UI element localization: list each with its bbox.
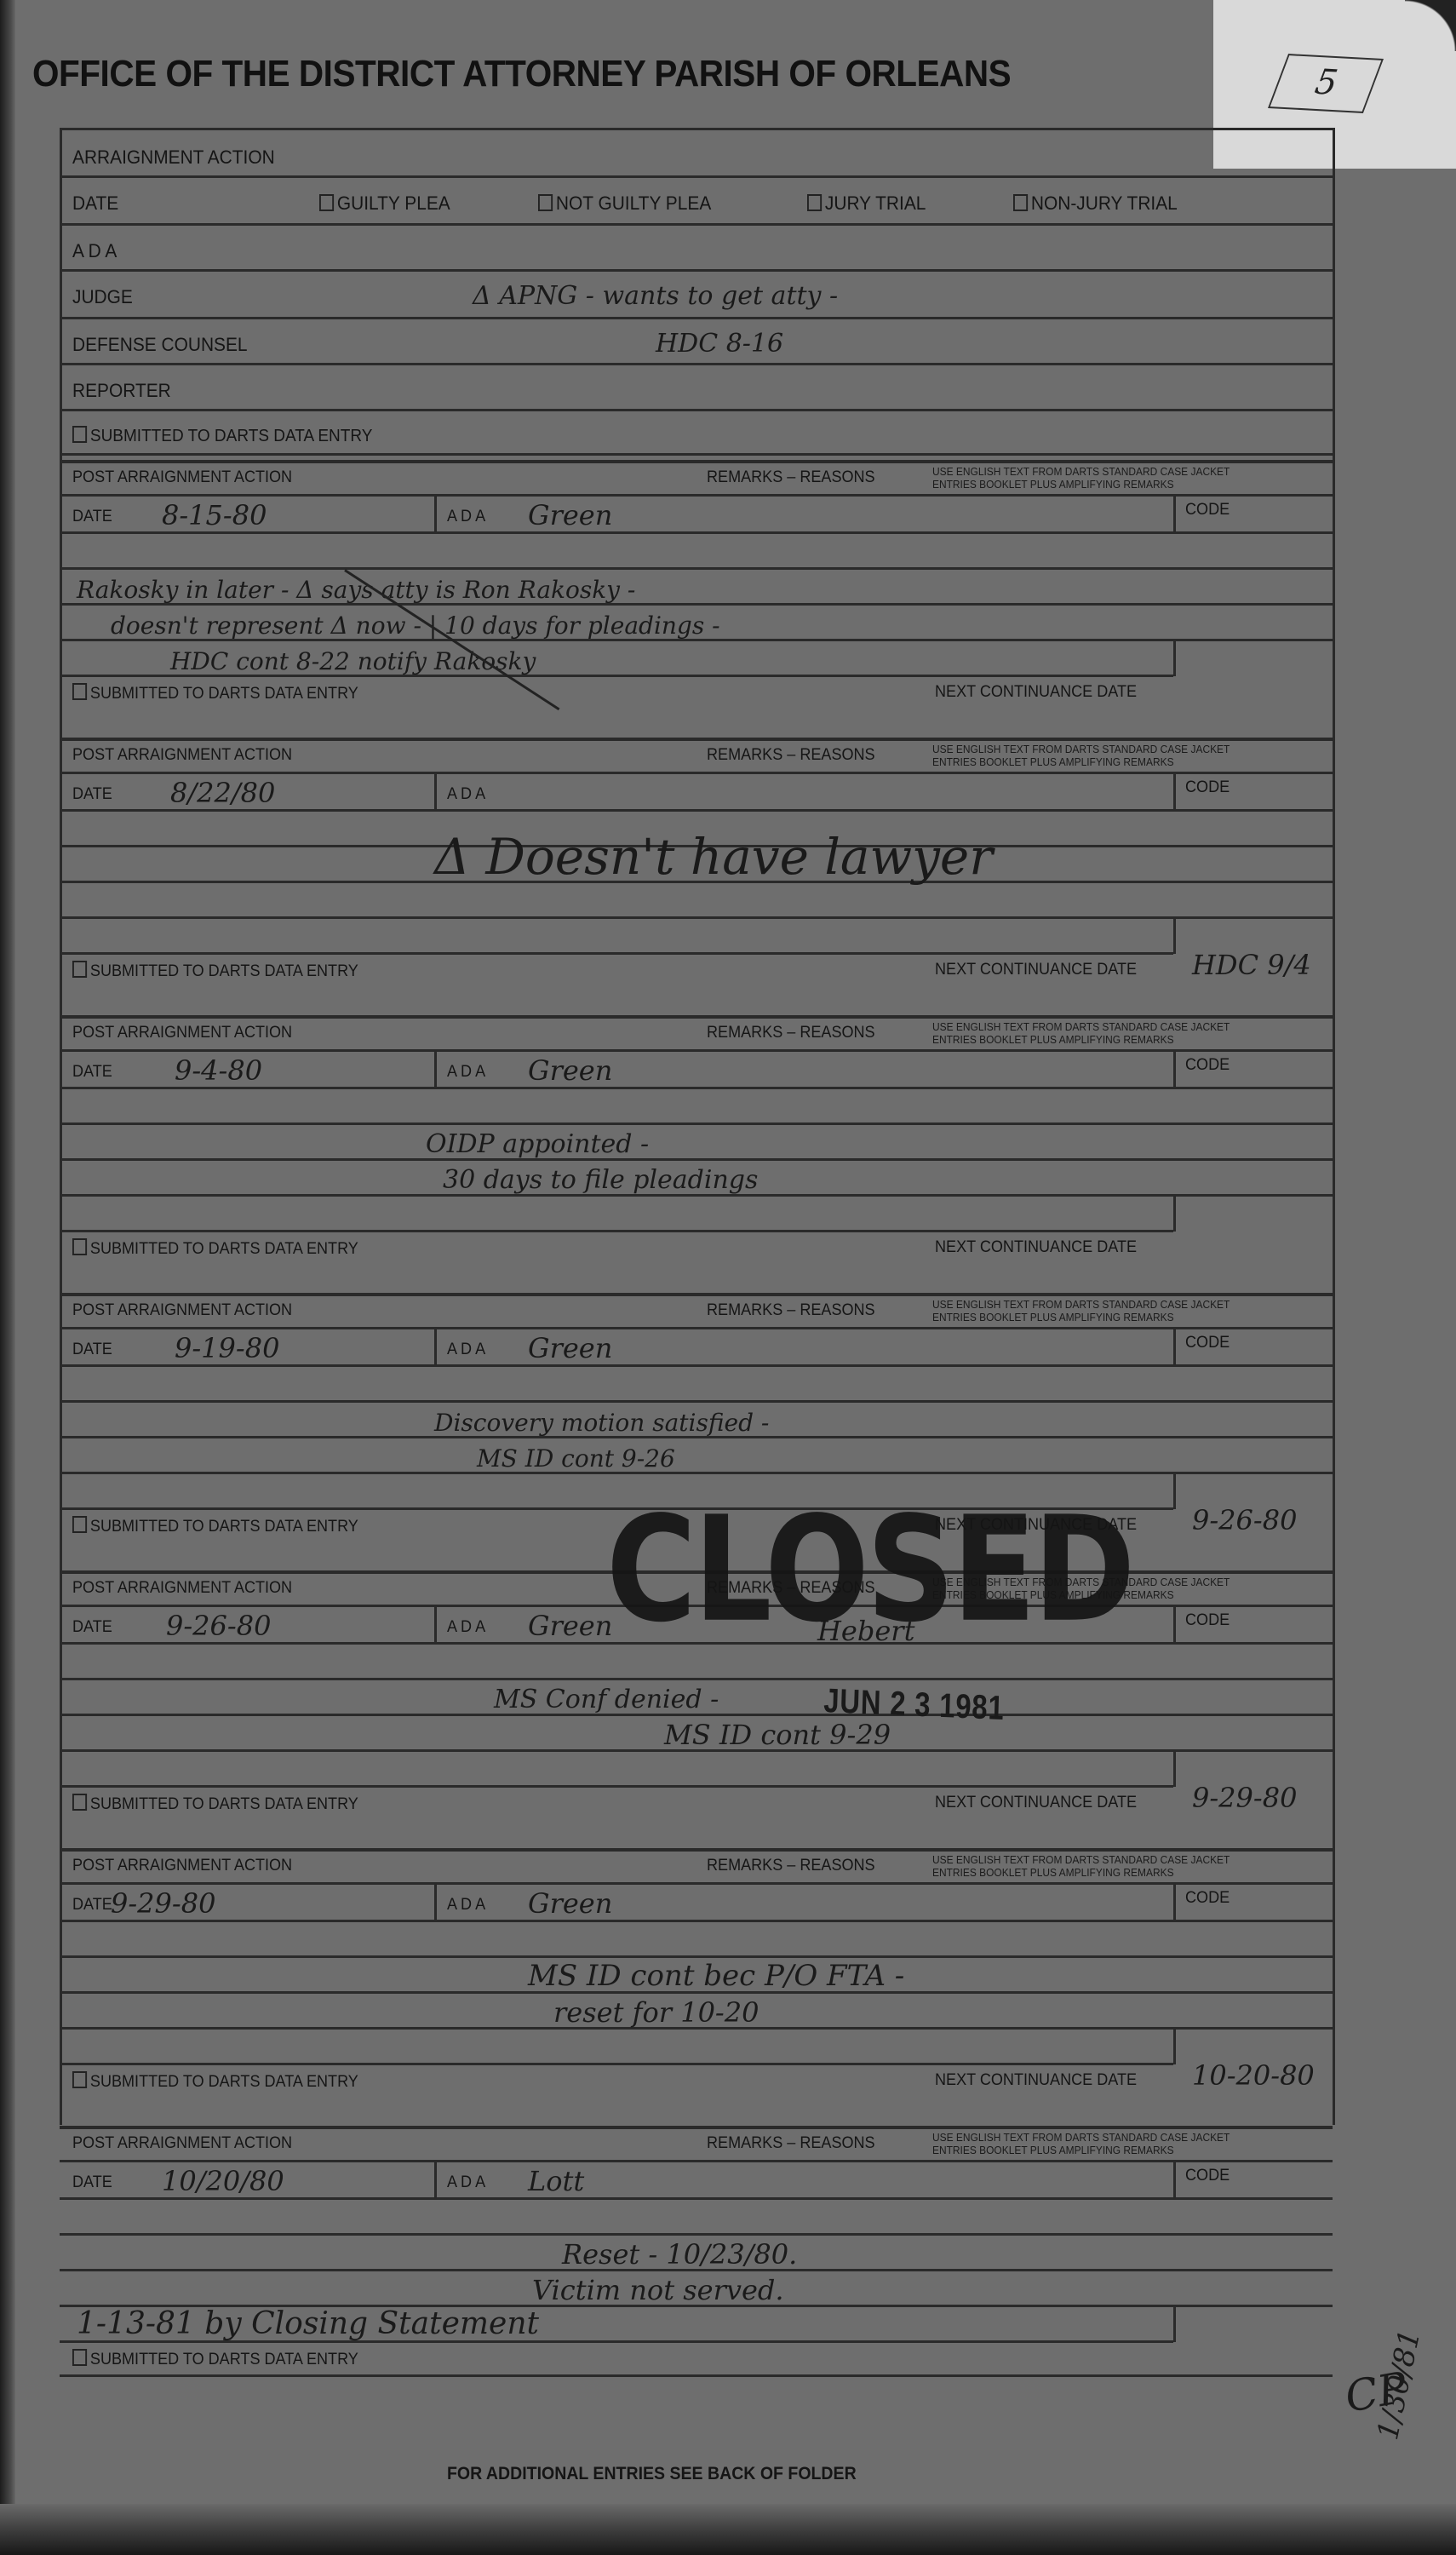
reporter-label: REPORTER [72, 380, 171, 402]
next-continuance-label: NEXT CONTINUANCE DATE [935, 1794, 1137, 1812]
remarks-line: Victim not served. [532, 2274, 784, 2306]
next-continuance-value: 9-26-80 [1192, 1504, 1297, 1536]
remarks-line: Discovery motion satisfied - [434, 1409, 769, 1437]
arraignment-date-label: DATE [72, 192, 118, 215]
post-arraignment-action-label: POST ARRAIGNMENT ACTION [72, 468, 292, 487]
checkbox-icon [72, 1516, 87, 1533]
remarks-reasons-label: REMARKS – REASONS [707, 468, 875, 487]
post-arraignment-action-label: POST ARRAIGNMENT ACTION [72, 2134, 292, 2153]
entry-date-value: 9-4-80 [175, 1054, 262, 1087]
next-continuance-value: HDC 9/4 [1192, 949, 1311, 981]
remarks-line: reset for 10-20 [553, 1996, 759, 2029]
next-continuance-value: 9-29-80 [1192, 1782, 1297, 1814]
remarks-line: MS Conf denied - [494, 1685, 719, 1714]
submitted-checkbox[interactable]: SUBMITTED TO DARTS DATA ENTRY [72, 1238, 358, 1259]
code-label: CODE [1185, 501, 1230, 520]
remarks-reasons-label: REMARKS – REASONS [707, 1301, 875, 1320]
non-jury-trial-checkbox[interactable]: NON-JURY TRIAL [1013, 192, 1178, 215]
code-label: CODE [1185, 2167, 1230, 2185]
entry-ada-label: A D A [447, 1896, 485, 1915]
post-arraignment-action-label: POST ARRAIGNMENT ACTION [72, 1024, 292, 1042]
defense-counsel-label: DEFENSE COUNSEL [72, 334, 248, 356]
post-arraignment-action-label: POST ARRAIGNMENT ACTION [72, 1857, 292, 1875]
entry-ada-value: Green [528, 1887, 612, 1920]
post-arraignment-action-label: POST ARRAIGNMENT ACTION [72, 746, 292, 765]
entry-date-label: DATE [72, 2173, 112, 2192]
checkbox-icon [72, 426, 87, 443]
checkbox-icon [807, 194, 822, 211]
submitted-checkbox[interactable]: SUBMITTED TO DARTS DATA ENTRY [72, 1794, 358, 1814]
next-continuance-label: NEXT CONTINUANCE DATE [935, 2071, 1137, 2090]
checkbox-icon [538, 194, 553, 211]
entry-date-value: 8/22/80 [170, 777, 275, 809]
checkbox-icon [72, 2349, 87, 2366]
next-continuance-label: NEXT CONTINUANCE DATE [935, 961, 1137, 979]
instructions-text: USE ENGLISH TEXT FROM DARTS STANDARD CAS… [932, 1298, 1230, 1323]
instructions-text: USE ENGLISH TEXT FROM DARTS STANDARD CAS… [932, 465, 1230, 491]
checkbox-icon [1013, 194, 1028, 211]
checkbox-icon [72, 961, 87, 978]
remarks-line: OIDP appointed - [426, 1129, 649, 1159]
next-continuance-label: NEXT CONTINUANCE DATE [935, 1238, 1137, 1257]
judge-label: JUDGE [72, 286, 133, 308]
not-guilty-plea-checkbox[interactable]: NOT GUILTY PLEA [538, 192, 711, 215]
entry-date-label: DATE [72, 785, 112, 804]
remarks-line: HDC cont 8-22 notify Rakosky [170, 647, 536, 675]
entry-ada-value: Green [528, 1332, 612, 1364]
scan-bottom-edge [0, 2504, 1456, 2555]
remarks-line: MS ID cont bec P/O FTA - [528, 1959, 904, 1993]
footer-note: FOR ADDITIONAL ENTRIES SEE BACK OF FOLDE… [447, 2464, 857, 2484]
remarks-reasons-label: REMARKS – REASONS [707, 1857, 875, 1875]
entry-ada-value: Lott [528, 2165, 584, 2197]
entry-ada-label: A D A [447, 1618, 485, 1637]
submitted-checkbox[interactable]: SUBMITTED TO DARTS DATA ENTRY [72, 2349, 358, 2369]
entry-date-label: DATE [72, 1896, 112, 1915]
instructions-text: USE ENGLISH TEXT FROM DARTS STANDARD CAS… [932, 1853, 1230, 1879]
next-continuance-label: NEXT CONTINUANCE DATE [935, 683, 1137, 702]
closed-stamp: CLOSED [606, 1504, 1132, 1636]
remarks-line: Reset - 10/23/80. [562, 2238, 797, 2271]
entry-ada-label: A D A [447, 785, 485, 804]
arraignment-ada-label: A D A [72, 240, 117, 262]
checkbox-icon [72, 2071, 87, 2088]
instructions-text: USE ENGLISH TEXT FROM DARTS STANDARD CAS… [932, 1020, 1230, 1046]
remarks-line: Rakosky in later - Δ says atty is Ron Ra… [77, 576, 635, 604]
entry-date-label: DATE [72, 1618, 112, 1637]
scan-edge [0, 0, 15, 2555]
entry-date-value: 9-26-80 [166, 1610, 271, 1642]
post-arraignment-action-label: POST ARRAIGNMENT ACTION [72, 1301, 292, 1320]
page-title: OFFICE OF THE DISTRICT ATTORNEY PARISH O… [32, 53, 1161, 95]
jury-trial-checkbox[interactable]: JURY TRIAL [807, 192, 926, 215]
entry-ada-label: A D A [447, 2173, 485, 2192]
remarks-line: 30 days to file pleadings [443, 1165, 758, 1195]
code-label: CODE [1185, 778, 1230, 797]
entry-ada-value: Green [528, 1054, 612, 1087]
entry-date-label: DATE [72, 1063, 112, 1082]
submitted-checkbox[interactable]: SUBMITTED TO DARTS DATA ENTRY [72, 1516, 358, 1536]
submitted-checkbox[interactable]: SUBMITTED TO DARTS DATA ENTRY [72, 2071, 358, 2092]
checkbox-icon [72, 1794, 87, 1811]
instructions-text: USE ENGLISH TEXT FROM DARTS STANDARD CAS… [932, 2131, 1230, 2156]
submitted-checkbox[interactable]: SUBMITTED TO DARTS DATA ENTRY [72, 683, 358, 703]
entry-date-value: 10/20/80 [162, 2165, 284, 2197]
code-label: CODE [1185, 1056, 1230, 1075]
guilty-plea-checkbox[interactable]: GUILTY PLEA [319, 192, 450, 215]
code-label: CODE [1185, 1611, 1230, 1630]
instructions-text: USE ENGLISH TEXT FROM DARTS STANDARD CAS… [932, 743, 1230, 768]
remarks-line: MS ID cont 9-26 [477, 1444, 675, 1473]
checkbox-icon [319, 194, 334, 211]
submitted-checkbox[interactable]: SUBMITTED TO DARTS DATA ENTRY [72, 426, 372, 446]
code-label: CODE [1185, 1334, 1230, 1352]
remarks-reasons-label: REMARKS – REASONS [707, 1024, 875, 1042]
remarks-line: Δ Doesn't have lawyer [434, 828, 993, 886]
folder-number: 5 [1268, 54, 1384, 113]
defense-counsel-handwritten: HDC 8-16 [656, 329, 783, 359]
next-continuance-value: 10-20-80 [1192, 2059, 1315, 2092]
submitted-checkbox[interactable]: SUBMITTED TO DARTS DATA ENTRY [72, 961, 358, 981]
remarks-line: MS ID cont 9-29 [664, 1719, 891, 1751]
arraignment-action-label: ARRAIGNMENT ACTION [72, 146, 275, 169]
entry-ada-label: A D A [447, 508, 485, 526]
entry-date-value: 9-19-80 [175, 1332, 279, 1364]
entry-date-value: 9-29-80 [111, 1887, 215, 1920]
remarks-reasons-label: REMARKS – REASONS [707, 746, 875, 765]
closed-date-stamp: JUN 2 3 1981 [823, 1682, 1005, 1728]
checkbox-icon [72, 1238, 87, 1255]
entry-ada-value: Green [528, 1610, 612, 1642]
entry-date-value: 8-15-80 [162, 499, 267, 531]
entry-date-label: DATE [72, 1341, 112, 1359]
remarks-reasons-label: REMARKS – REASONS [707, 2134, 875, 2153]
remarks-line: 1-13-81 by Closing Statement [77, 2306, 539, 2341]
code-label: CODE [1185, 1889, 1230, 1908]
entry-ada-value: Green [528, 499, 612, 531]
entry-date-label: DATE [72, 508, 112, 526]
entry-ada-label: A D A [447, 1341, 485, 1359]
post-arraignment-action-label: POST ARRAIGNMENT ACTION [72, 1579, 292, 1598]
checkbox-icon [72, 683, 87, 700]
entry-ada-label: A D A [447, 1063, 485, 1082]
judge-handwritten-note: Δ APNG - wants to get atty - [473, 281, 838, 311]
